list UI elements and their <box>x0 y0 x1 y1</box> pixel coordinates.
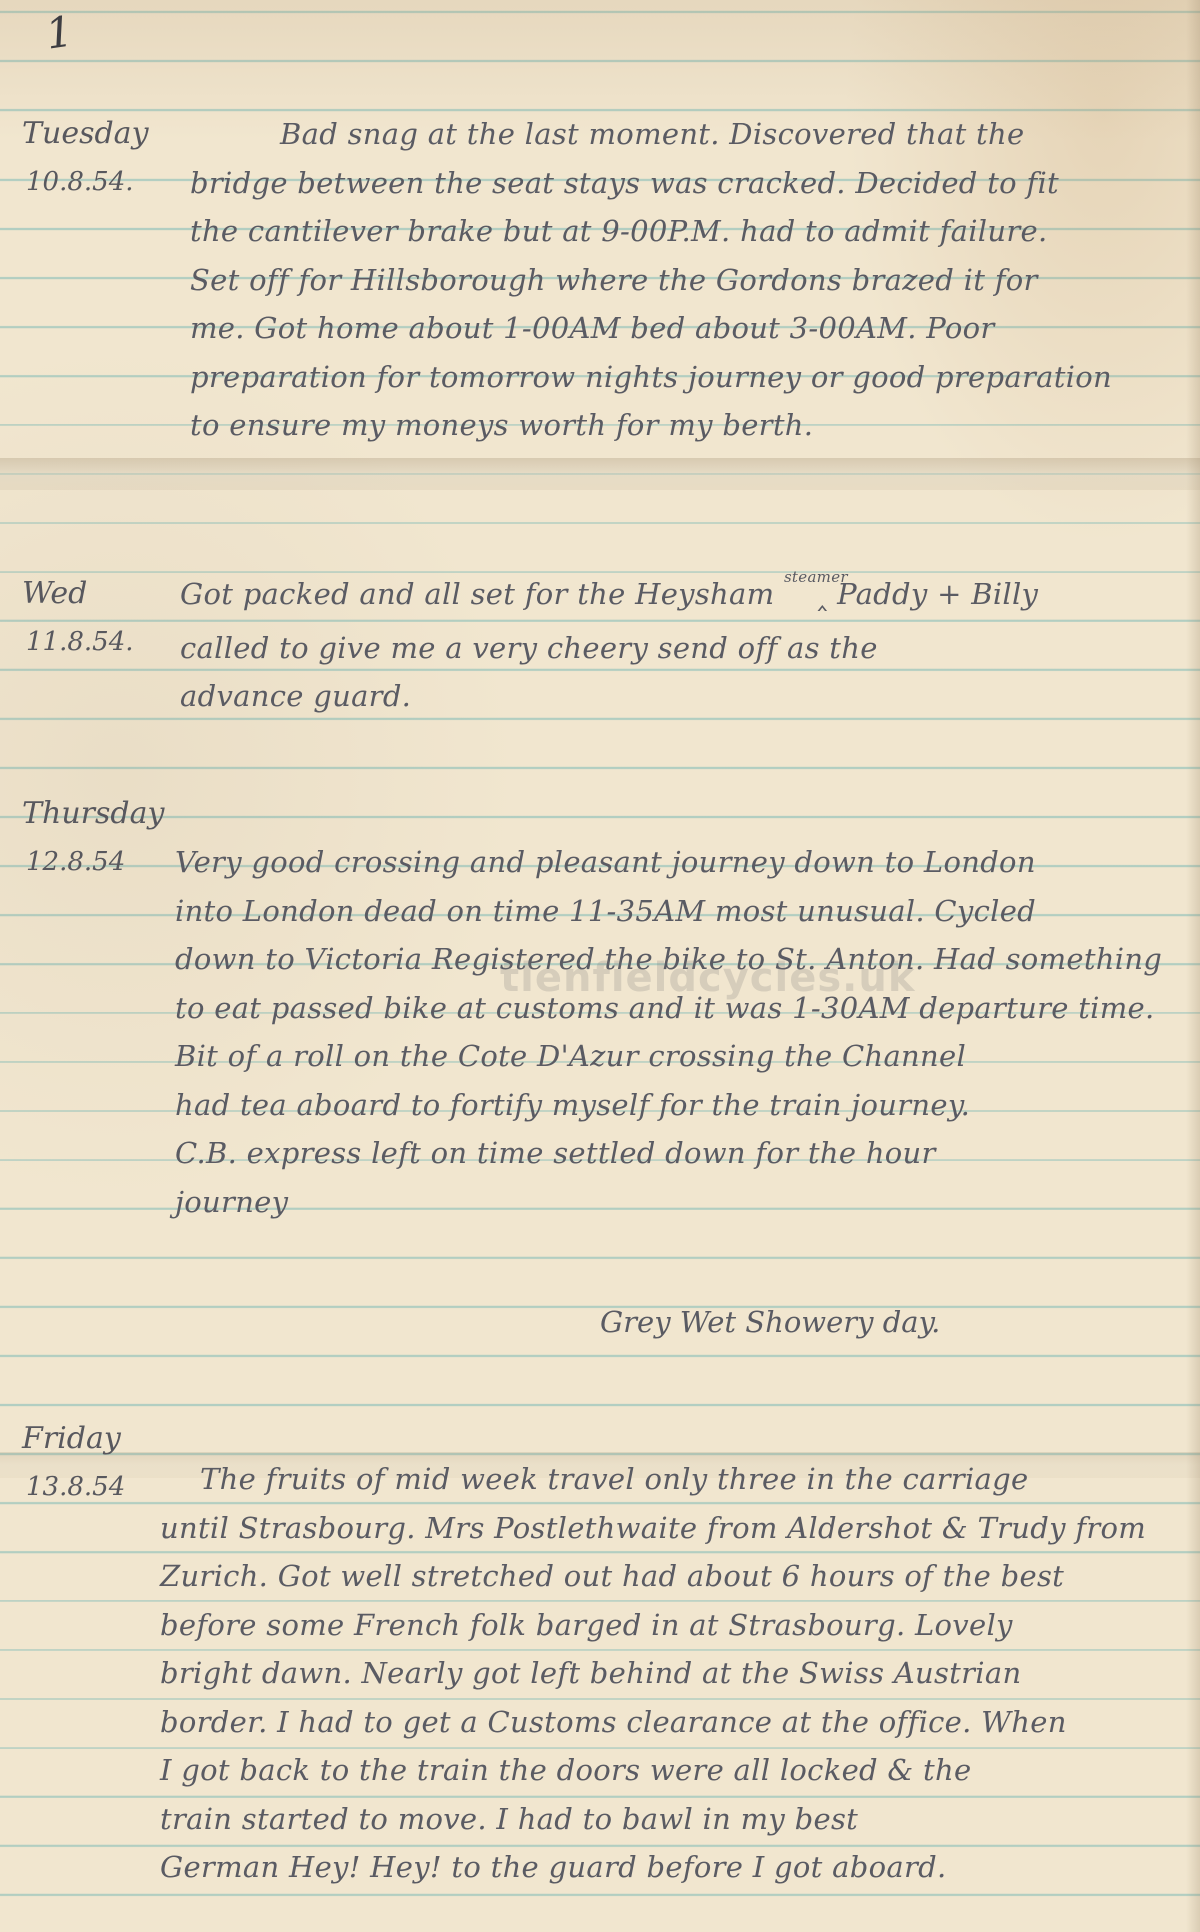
diary-page: 1 Tuesday 10.8.54. Bad snag at the last … <box>0 0 1200 1932</box>
entry-line: Set off for Hillsborough where the Gordo… <box>190 256 1190 305</box>
entry-line: advance guard. <box>180 672 1180 721</box>
entry-line: Got packed and all set for the Heysham s… <box>180 570 1180 624</box>
entry-line: German Hey! Hey! to the guard before I g… <box>160 1843 1160 1892</box>
entry-line: the cantilever brake but at 9-00P.M. had… <box>190 207 1190 256</box>
entry-date: 13.8.54 <box>22 1463 125 1511</box>
entry-line: border. I had to get a Customs clearance… <box>160 1698 1160 1747</box>
entry-line: journey <box>175 1178 1175 1227</box>
entry-line: until Strasbourg. Mrs Postlethwaite from… <box>160 1504 1160 1553</box>
entry-line: had tea aboard to fortify myself for the… <box>175 1081 1175 1130</box>
entry-line-text: Got packed and all set for the Heysham <box>180 577 774 611</box>
entry-date: 12.8.54 <box>22 838 164 886</box>
entry-day: Tuesday <box>22 110 149 158</box>
entry-line: C.B. express left on time settled down f… <box>175 1129 1175 1178</box>
entry-date-block: Thursday 12.8.54 <box>22 790 164 886</box>
entry-line: bright dawn. Nearly got left behind at t… <box>160 1649 1160 1698</box>
entry-line: preparation for tomorrow nights journey … <box>190 353 1190 402</box>
entry-line: into London dead on time 11-35AM most un… <box>175 887 1175 936</box>
entry-day: Friday <box>22 1415 125 1463</box>
entry-line: called to give me a very cheery send off… <box>180 624 1180 673</box>
entry-line: I got back to the train the doors were a… <box>160 1746 1160 1795</box>
entry-date: 10.8.54. <box>22 158 149 206</box>
entry-line-text: Paddy + Billy <box>837 577 1038 611</box>
watermark: tlenfieldcycles.uk <box>500 955 915 1001</box>
entry-line: Bad snag at the last moment. Discovered … <box>190 110 1190 159</box>
entry-day: Wed <box>22 570 134 618</box>
entry-date-block: Tuesday 10.8.54. <box>22 110 149 206</box>
entry-text: Got packed and all set for the Heysham s… <box>180 570 1180 721</box>
entry-text: Very good crossing and pleasant journey … <box>175 838 1175 1226</box>
entry-line: The fruits of mid week travel only three… <box>160 1455 1160 1504</box>
entry-date-block: Wed 11.8.54. <box>22 570 134 666</box>
weather-note: Grey Wet Showery day. <box>600 1305 940 1339</box>
entry-line: bridge between the seat stays was cracke… <box>190 159 1190 208</box>
entry-line: train started to move. I had to bawl in … <box>160 1795 1160 1844</box>
entry-day: Thursday <box>22 790 164 838</box>
page-number-mark: 1 <box>43 6 76 58</box>
entry-text: The fruits of mid week travel only three… <box>160 1455 1160 1892</box>
entry-line: me. Got home about 1-00AM bed about 3-00… <box>190 304 1190 353</box>
entry-line: to ensure my moneys worth for my berth. <box>190 401 1190 450</box>
insertion-note: steamer <box>784 568 848 586</box>
entry-date: 11.8.54. <box>22 618 134 666</box>
entry-line: Very good crossing and pleasant journey … <box>175 838 1175 887</box>
entry-line: Zurich. Got well stretched out had about… <box>160 1552 1160 1601</box>
entry-date-block: Friday 13.8.54 <box>22 1415 125 1511</box>
entry-text: Bad snag at the last moment. Discovered … <box>190 110 1190 450</box>
paper-fold-crease <box>0 458 1200 490</box>
entry-line: before some French folk barged in at Str… <box>160 1601 1160 1650</box>
entry-line: Bit of a roll on the Cote D'Azur crossin… <box>175 1032 1175 1081</box>
